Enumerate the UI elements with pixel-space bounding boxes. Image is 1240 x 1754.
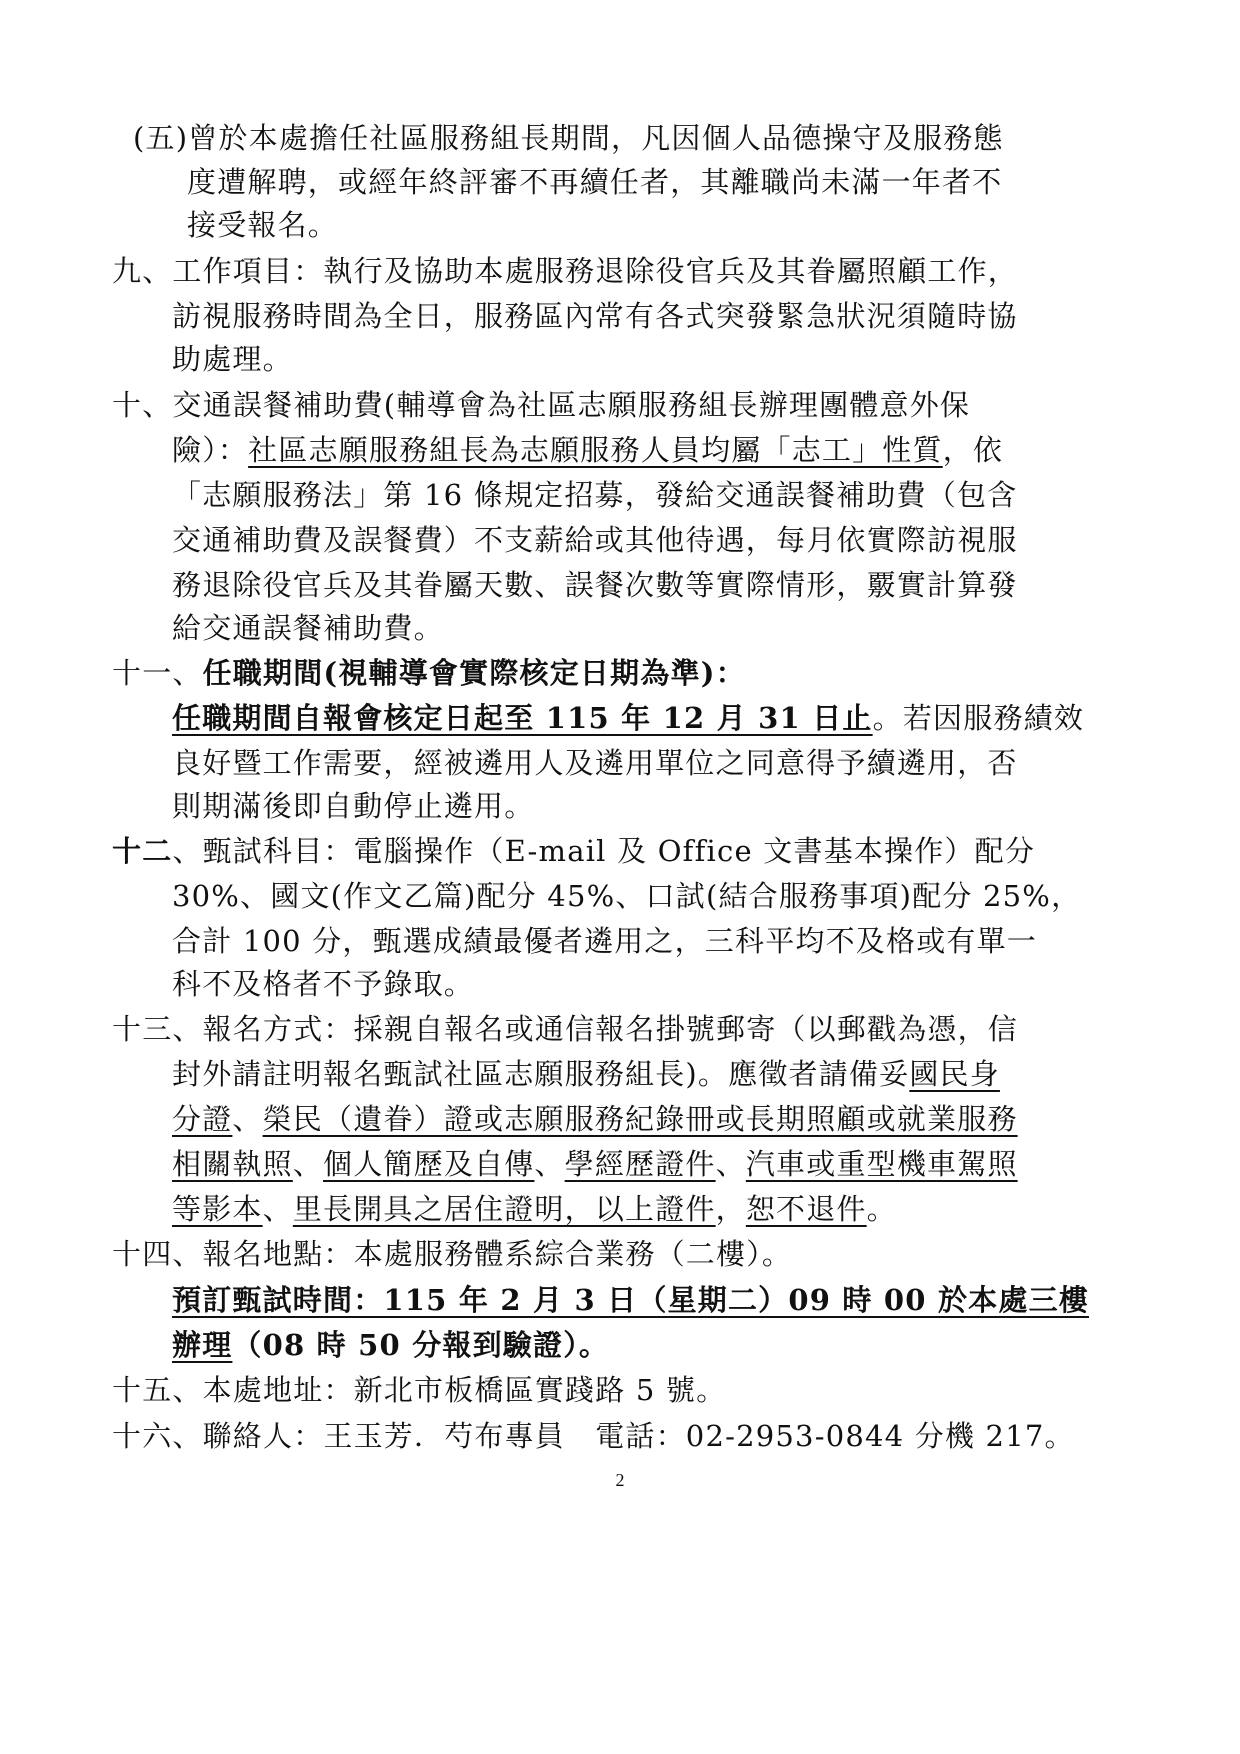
section-12-label: 十二	[112, 834, 172, 868]
section-10-line-2-suffix: ，依	[943, 433, 1003, 467]
separator: 、	[263, 1192, 293, 1226]
section-13-line-3: 分證、榮民（遺眷）證或志願服務紀錄冊或長期照顧或就業服務	[172, 1099, 1018, 1139]
section-9-line-1: 九、工作項目：執行及協助本處服務退除役官兵及其眷屬照顧工作，	[112, 251, 1018, 291]
exam-time-line-2: 辦理（08 時 50 分報到驗證）。	[172, 1325, 609, 1365]
section-13-line-2-text: 封外請註明報名甄試社區志願服務組長)。應徵者請備妥	[172, 1057, 909, 1091]
section-11-line-2: 任職期間自報會核定日起至 115 年 12 月 31 日止。若因服務績效	[172, 698, 1084, 738]
item-5-line-3: 接受報名。	[187, 205, 338, 245]
section-12-line-4: 科不及格者不予錄取。	[172, 964, 474, 1004]
section-11-line-2-suffix: 。若因服務績效	[873, 701, 1084, 735]
required-doc-veteran-card: 榮民（遺眷）證或志願服務紀錄冊或長期照顧或就業服務	[263, 1102, 1018, 1136]
document-page: (五)曾於本處擔任社區服務組長期間，凡因個人品德操守及服務態 度遭解聘，或經年終…	[0, 0, 1240, 1754]
section-12-line-1-text: 、甄試科目：電腦操作（E-mail 及 Office 文書基本操作）配分	[172, 834, 1035, 868]
section-10-line-2: 險）：社區志願服務組長為志願服務人員均屬「志工」性質，依	[172, 430, 1003, 470]
page-number: 2	[0, 1470, 1240, 1491]
required-doc-driving-license: 汽車或重型機車駕照	[746, 1147, 1018, 1181]
section-15-address: 十五、本處地址：新北市板橋區實踐路 5 號。	[112, 1370, 726, 1410]
section-11-heading: 十一、任職期間(視輔導會實際核定日期為準)：	[112, 653, 746, 693]
required-doc-residence-proof: 里長開具之居住證明，以上證件	[293, 1192, 716, 1226]
section-10-line-6: 給交通誤餐補助費。	[172, 608, 444, 648]
section-10-line-2-prefix: 險）：	[172, 433, 248, 467]
section-13-line-1: 十三、報名方式：採親自報名或通信報名掛號郵寄（以郵戳為憑，信	[112, 1009, 1018, 1049]
section-13-line-2: 封外請註明報名甄試社區志願服務組長)。應徵者請備妥國民身	[172, 1054, 1000, 1094]
section-12-line-1: 十二、甄試科目：電腦操作（E-mail 及 Office 文書基本操作）配分	[112, 831, 1035, 871]
term-period-underlined: 任職期間自報會核定日起至 115 年 12 月 31 日止	[172, 701, 873, 735]
required-doc-license: 相關執照	[172, 1147, 293, 1181]
no-return-notice: 恕不退件	[746, 1192, 867, 1226]
separator: 、	[232, 1102, 262, 1136]
exam-time-line-1: 預訂甄試時間：115 年 2 月 3 日（星期二）09 時 00 於本處三樓	[172, 1280, 1089, 1320]
section-12-line-3: 合計 100 分，甄選成績最優者遴用之，三科平均不及格或有單一	[172, 921, 1037, 961]
section-10-line-1: 十、交通誤餐補助費(輔導會為社區志願服務組長辦理團體意外保	[112, 385, 970, 425]
section-9-line-3: 助處理。	[172, 339, 293, 379]
separator: 、	[293, 1147, 323, 1181]
section-12-line-2: 30%、國文(作文乙篇)配分 45%、口試(結合服務事項)配分 25%，	[172, 876, 1081, 916]
period: 。	[867, 1192, 897, 1226]
required-doc-id-card: 國民身	[909, 1057, 1000, 1091]
section-14-line-1: 十四、報名地點：本處服務體系綜合業務（二樓）。	[112, 1234, 792, 1274]
check-in-time: （08 時 50 分報到驗證）。	[232, 1328, 609, 1362]
section-11-label: 十一、	[112, 656, 203, 690]
section-13-line-5: 等影本、里長開具之居住證明，以上證件，恕不退件。	[172, 1189, 897, 1229]
section-11-line-3: 良好暨工作需要，經被遴用人及遴用單位之同意得予續遴用，否	[172, 743, 1018, 783]
separator: ，	[716, 1192, 746, 1226]
separator: 、	[534, 1147, 564, 1181]
required-doc-copies: 等影本	[172, 1192, 263, 1226]
required-doc-resume: 個人簡歷及自傳	[323, 1147, 534, 1181]
section-16-contact: 十六、聯絡人：王玉芳．芍布專員 電話：02-2953-0844 分機 217。	[112, 1416, 1075, 1456]
volunteer-nature-underlined: 社區志願服務組長為志願服務人員均屬「志工」性質	[248, 433, 943, 467]
section-11-title: 任職期間(視輔導會實際核定日期為準)：	[203, 656, 746, 690]
item-5-line-1: (五)曾於本處擔任社區服務組長期間，凡因個人品德操守及服務態	[133, 118, 1004, 158]
section-10-line-3: 「志願服務法」第 16 條規定招募，發給交通誤餐補助費（包含	[172, 475, 1017, 515]
exam-venue-underlined: 辦理	[172, 1328, 232, 1362]
section-11-line-4: 則期滿後即自動停止遴用。	[172, 786, 534, 826]
separator: 、	[716, 1147, 746, 1181]
section-9-line-2: 訪視服務時間為全日，服務區內常有各式突發緊急狀況須隨時協	[172, 296, 1018, 336]
required-doc-education: 學經歷證件	[565, 1147, 716, 1181]
item-5-line-2: 度遭解聘，或經年終評審不再續任者，其離職尚未滿一年者不	[187, 162, 1002, 202]
section-10-line-4: 交通補助費及誤餐費）不支薪給或其他待遇，每月依實際訪視服	[172, 520, 1018, 560]
section-13-line-4: 相關執照、個人簡歷及自傳、學經歷證件、汽車或重型機車駕照	[172, 1144, 1018, 1184]
required-doc-id-card-cont: 分證	[172, 1102, 232, 1136]
section-10-line-5: 務退除役官兵及其眷屬天數、誤餐次數等實際情形，覈實計算發	[172, 565, 1018, 605]
